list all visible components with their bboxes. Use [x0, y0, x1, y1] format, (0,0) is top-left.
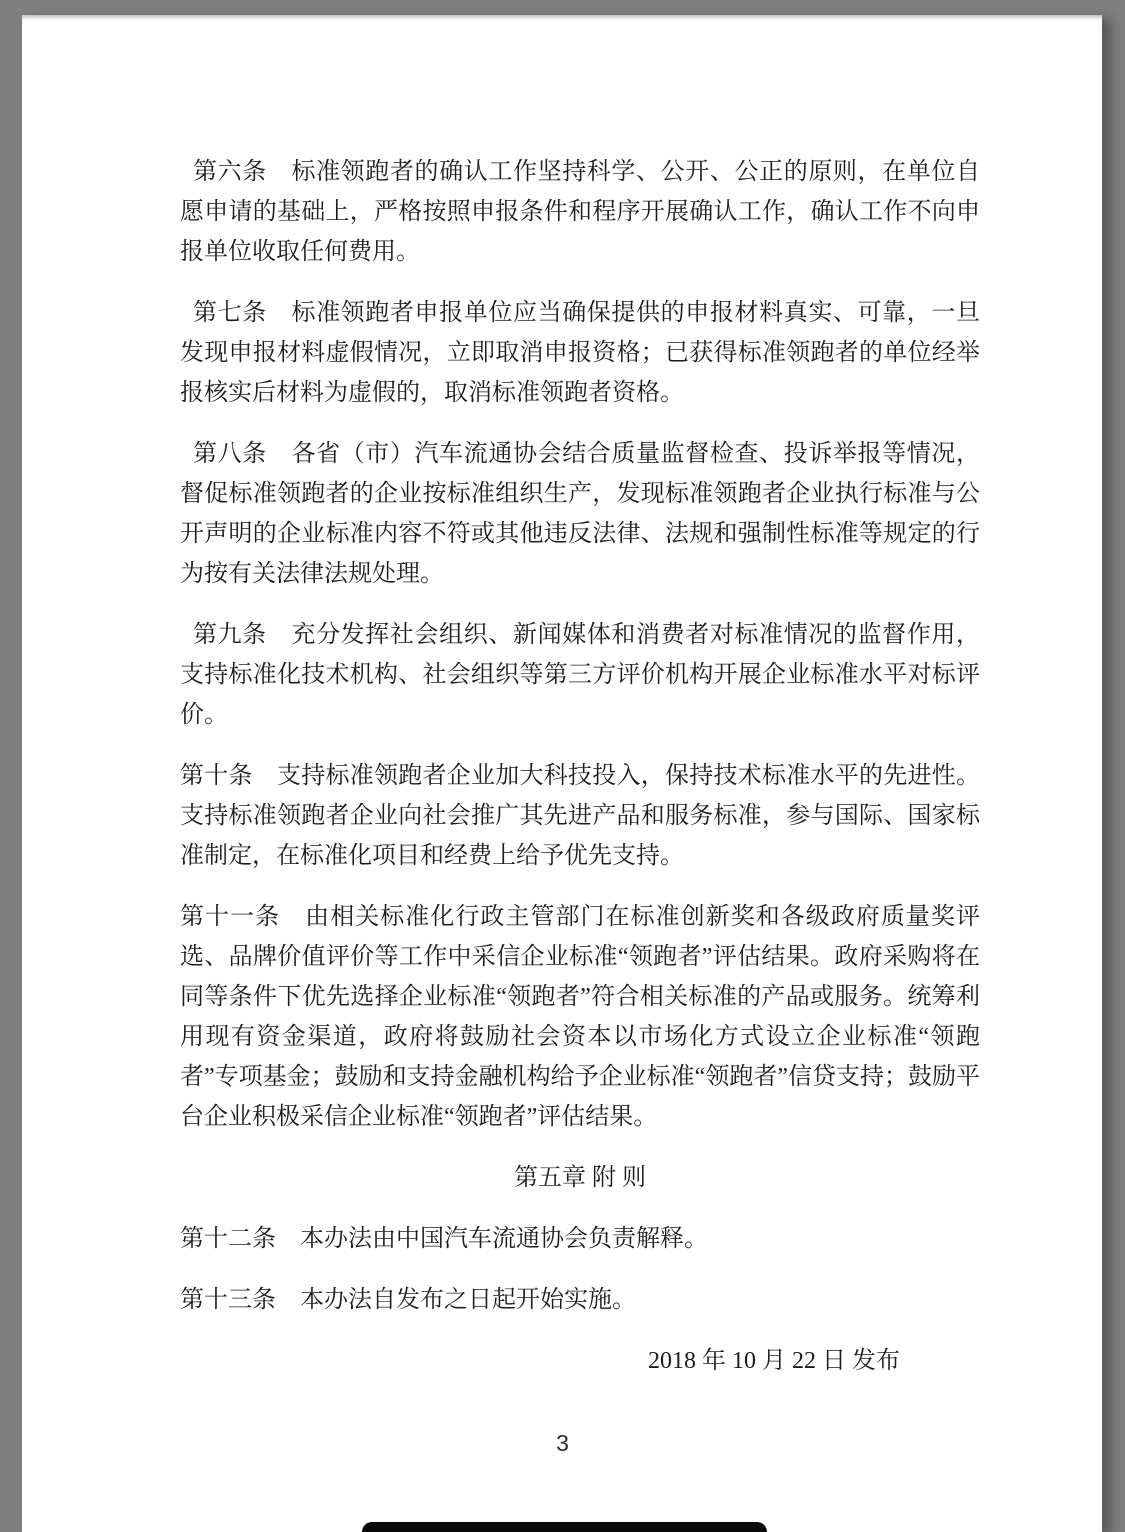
paragraph-article-9: 第九条 充分发挥社会组织、新闻媒体和消费者对标准情况的监督作用，支持标准化技术机… [180, 615, 980, 735]
document-page: 第六条 标准领跑者的确认工作坚持科学、公开、公正的原则，在单位自愿申请的基础上，… [22, 15, 1102, 1532]
paragraph-article-12: 第十二条 本办法由中国汽车流通协会负责解释。 [180, 1219, 980, 1259]
release-date-line: 2018 年 10 月 22 日 发布 [180, 1341, 980, 1381]
paragraph-article-7: 第七条 标准领跑者申报单位应当确保提供的申报材料真实、可靠，一旦发现申报材料虚假… [180, 293, 980, 413]
chapter-heading: 第五章 附 则 [180, 1158, 980, 1198]
paragraph-article-6: 第六条 标准领跑者的确认工作坚持科学、公开、公正的原则，在单位自愿申请的基础上，… [180, 152, 980, 272]
home-indicator-bar[interactable] [362, 1522, 767, 1532]
paragraph-article-10: 第十条 支持标准领跑者企业加大科技投入，保持技术标准水平的先进性。支持标准领跑者… [180, 756, 980, 876]
page-number: 3 [0, 1430, 1125, 1457]
pdf-viewer-background: 第六条 标准领跑者的确认工作坚持科学、公开、公正的原则，在单位自愿申请的基础上，… [0, 0, 1125, 1532]
paragraph-article-8: 第八条 各省（市）汽车流通协会结合质量监督检查、投诉举报等情况，督促标准领跑者的… [180, 434, 980, 594]
paragraph-article-11: 第十一条 由相关标准化行政主管部门在标准创新奖和各级政府质量奖评选、品牌价值评价… [180, 897, 980, 1137]
paragraph-article-13: 第十三条 本办法自发布之日起开始实施。 [180, 1280, 980, 1320]
